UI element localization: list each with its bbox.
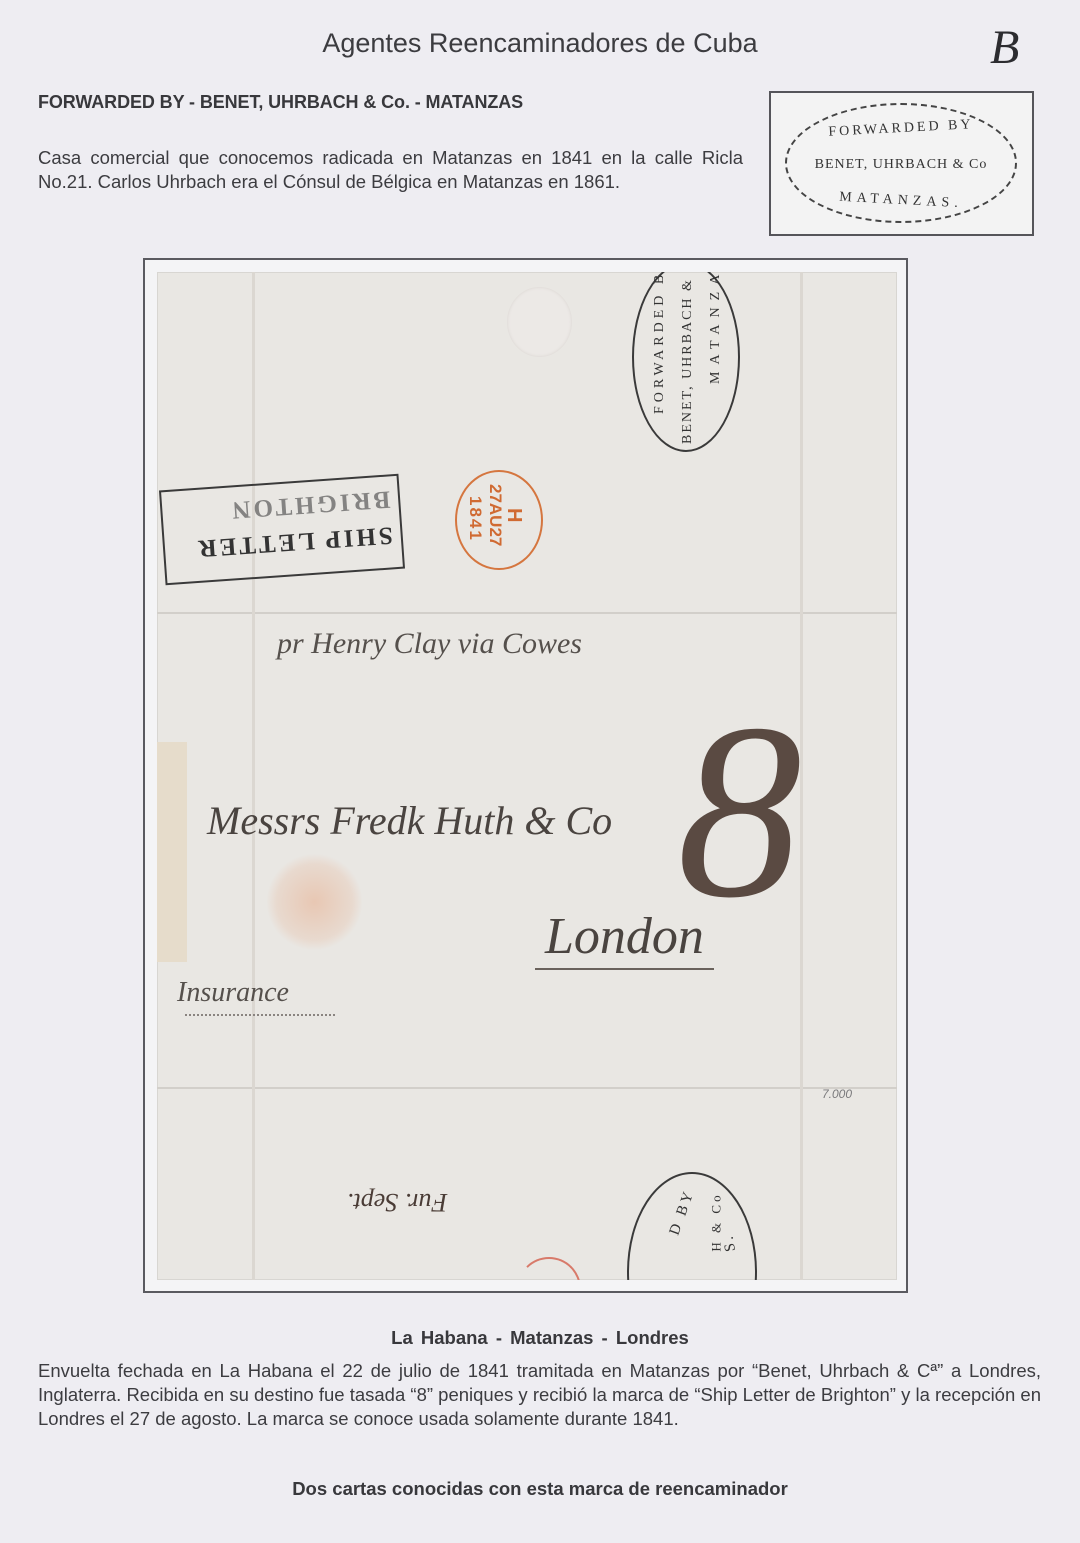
forwarder-mark-line-1: FORWARDED BY [652, 272, 668, 414]
datestamp-line-2: 27AU27 [485, 484, 505, 546]
fold-line [157, 1087, 897, 1089]
paper-stain [157, 742, 187, 962]
intro-text: Casa comercial que conocemos radicada en… [38, 146, 743, 194]
partial-mark-line-3: S. [720, 1232, 740, 1253]
mark-line-2: BENET, UHRBACH & Co [787, 157, 1015, 173]
routing-instruction: pr Henry Clay via Cowes [277, 627, 582, 661]
datestamp-line-1: H [502, 508, 525, 522]
forwarder-oval-mark-partial: D BY H & Co S. [627, 1172, 757, 1280]
mark-line-1: FORWARDED BY [787, 115, 1016, 143]
insurance-underline [185, 1014, 335, 1016]
forwarder-oval-mark: FORWARDED BY BENET, UHRBACH & Co MATANZA… [632, 272, 740, 452]
destination-city: London [535, 907, 714, 970]
route-caption: La Habana - Matanzas - Londres [0, 1327, 1080, 1349]
mark-line-3: MATANZAS. [787, 187, 1016, 215]
fold-line [252, 272, 255, 1280]
entire-letter-cover: FORWARDED BY BENET, UHRBACH & Co MATANZA… [157, 272, 897, 1280]
datestamp-line-3: 1841 [465, 496, 485, 542]
ship-letter-line-2: SHIP LETTER [172, 520, 393, 563]
fold-line [157, 612, 897, 614]
cover-description: Envuelta fechada en La Habana el 22 de j… [38, 1359, 1041, 1431]
addressee: Messrs Fredk Huth & Co [207, 797, 612, 844]
page-title: Agentes Reencaminadores de Cuba [0, 28, 1080, 59]
postage-rate-8: 8 [677, 692, 757, 932]
ship-letter-brighton-mark: BRIGHTON SHIP LETTER [159, 474, 405, 586]
london-datestamp: H 27AU27 1841 [455, 470, 543, 570]
exhibit-heading: FORWARDED BY - BENET, UHRBACH & Co. - MA… [38, 92, 523, 113]
red-partial-mark [517, 1257, 581, 1280]
pencil-price-note: 7.000 [822, 1087, 852, 1101]
footer-note: Dos cartas conocidas con esta marca de r… [0, 1478, 1080, 1500]
section-letter: B [990, 20, 1019, 75]
red-smudged-mark [267, 852, 362, 952]
wax-seal-impression [507, 287, 572, 357]
partial-mark-line-1: D BY [667, 1187, 699, 1237]
ship-letter-line-1: BRIGHTON [170, 484, 391, 527]
cover-mount-frame: FORWARDED BY BENET, UHRBACH & Co MATANZA… [143, 258, 908, 1293]
forwarder-mark-line-3: MATANZAS. [708, 272, 724, 384]
forwarder-mark-line-2: BENET, UHRBACH & Co [680, 272, 696, 444]
docket-inverted: Fur. Sept. [347, 1187, 447, 1217]
marking-illustration: FORWARDED BY BENET, UHRBACH & Co MATANZA… [769, 91, 1034, 236]
insurance-note: Insurance [177, 977, 289, 1009]
oval-mark-outline: FORWARDED BY BENET, UHRBACH & Co MATANZA… [785, 103, 1017, 223]
